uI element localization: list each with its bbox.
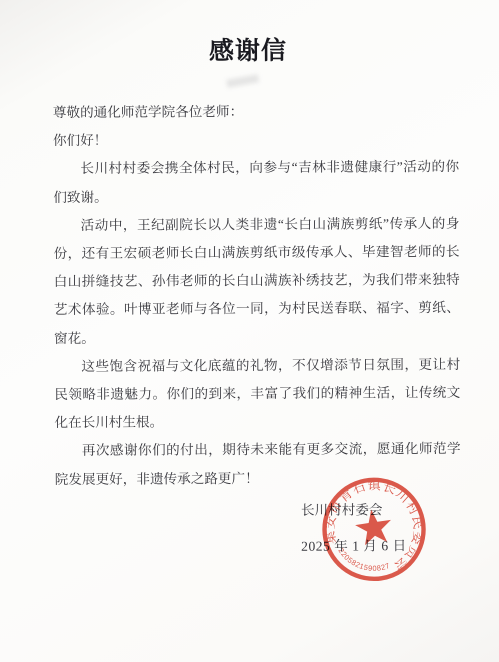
paragraph-3: 这些饱含祝福与文化底蕴的礼物，不仅增添节日氛围，更让村民领略非遗魅力。你们的到来…: [54, 351, 460, 438]
paragraph-2: 活动中，王纪副院长以人类非遗“长白山满族剪纸”传承人的身份，还有王宏硕老师长白山…: [53, 210, 460, 353]
paragraph-1: 长川村村委会携全体村民，向参与“吉林非遗健康行”活动的你们致谢。: [53, 153, 459, 212]
official-seal-stamp: 集安市青石镇长川村民委员会 2205821590827: [311, 466, 438, 593]
letter-body: 尊敬的通化师范学院各位老师： 你们好！ 长川村村委会携全体村民，向参与“吉林非遗…: [53, 97, 461, 494]
seal-graphic: 集安市青石镇长川村民委员会 2205821590827: [311, 466, 438, 593]
greeting-line: 你们好！: [53, 125, 459, 155]
paper-smudge: [226, 74, 259, 88]
letter-title: 感谢信: [0, 30, 498, 69]
seal-star-icon: [353, 507, 394, 546]
letter-page: 感谢信 尊敬的通化师范学院各位老师： 你们好！ 长川村村委会携全体村民，向参与“…: [0, 0, 499, 662]
salutation-line: 尊敬的通化师范学院各位老师：: [53, 97, 459, 127]
